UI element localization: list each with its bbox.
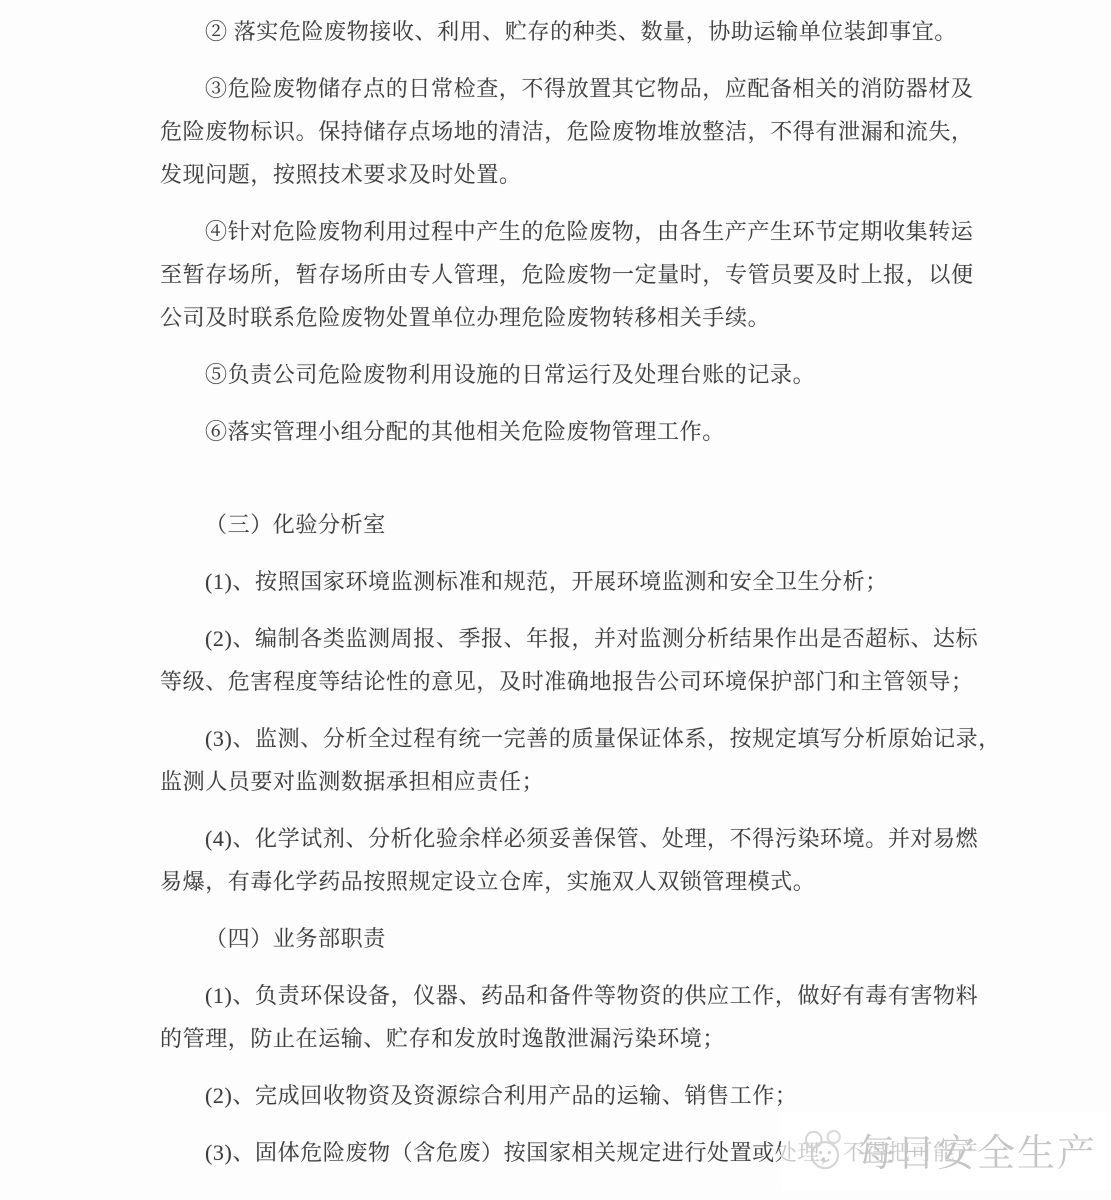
text-line: ② 落实危险废物接收、利用、贮存的种类、数量，协助运输单位装卸事宜。	[160, 10, 1001, 53]
text-line: (1)、按照国家环境监测标准和规范，开展环境监测和安全卫生分析；	[160, 560, 1001, 603]
text-line: 易爆，有毒化学药品按照规定设立仓库，实施双人双锁管理模式。	[160, 860, 1001, 903]
text-line: （四）业务部职责	[160, 917, 1001, 960]
para-item-6: ⑥落实管理小组分配的其他相关危险废物管理工作。	[160, 410, 1001, 453]
text-line: ⑥落实管理小组分配的其他相关危险废物管理工作。	[160, 410, 1001, 453]
text-line: 至暂存场所，暂存场所由专人管理，危险废物一定量时，专管员要及时上报，以便	[160, 253, 1001, 296]
text-line: (3)、监测、分析全过程有统一完善的质量保证体系，按规定填写分析原始记录，	[160, 717, 1001, 760]
para-3-4: (4)、化学试剂、分析化验余样必须妥善保管、处理，不得污染环境。并对易燃易爆，有…	[160, 817, 1001, 903]
text-line: (1)、负责环保设备，仪器、药品和备件等物资的供应工作，做好有毒有害物料	[160, 974, 1001, 1017]
para-3-1: (1)、按照国家环境监测标准和规范，开展环境监测和安全卫生分析；	[160, 560, 1001, 603]
text-line: 公司及时联系危险废物处置单位办理危险废物转移相关手续。	[160, 296, 1001, 339]
text-line: 等级、危害程度等结论性的意见，及时准确地报告公司环境保护部门和主管领导；	[160, 660, 1001, 703]
text-line: 危险废物标识。保持储存点场地的清洁，危险废物堆放整洁，不得有泄漏和流失，	[160, 110, 1001, 153]
heading-section-4: （四）业务部职责	[160, 917, 1001, 960]
text-line: 发现问题，按照技术要求及时处置。	[160, 153, 1001, 196]
watermark: 每日安全生产	[781, 1112, 1111, 1191]
text-line: 监测人员要对监测数据承担相应责任；	[160, 760, 1001, 803]
para-3-3: (3)、监测、分析全过程有统一完善的质量保证体系，按规定填写分析原始记录，监测人…	[160, 717, 1001, 803]
para-item-5: ⑤负责公司危险废物利用设施的日常运行及处理台账的记录。	[160, 353, 1001, 396]
document-body: ② 落实危险废物接收、利用、贮存的种类、数量，协助运输单位装卸事宜。③危险废物储…	[0, 0, 1111, 1174]
para-3-2: (2)、编制各类监测周报、季报、年报，并对监测分析结果作出是否超标、达标等级、危…	[160, 617, 1001, 703]
text-line: ⑤负责公司危险废物利用设施的日常运行及处理台账的记录。	[160, 353, 1001, 396]
heading-section-3: （三）化验分析室	[160, 503, 1001, 546]
para-item-4: ④针对危险废物利用过程中产生的危险废物，由各生产产生环节定期收集转运至暂存场所，…	[160, 210, 1001, 339]
text-line: （三）化验分析室	[160, 503, 1001, 546]
text-line: ③危险废物储存点的日常检查，不得放置其它物品，应配备相关的消防器材及	[160, 67, 1001, 110]
para-4-2: (2)、完成回收物资及资源综合利用产品的运输、销售工作；	[160, 1074, 1001, 1117]
text-line: (2)、完成回收物资及资源综合利用产品的运输、销售工作；	[160, 1074, 1001, 1117]
para-4-1: (1)、负责环保设备，仪器、药品和备件等物资的供应工作，做好有毒有害物料的管理，…	[160, 974, 1001, 1060]
text-line: (2)、编制各类监测周报、季报、年报，并对监测分析结果作出是否超标、达标	[160, 617, 1001, 660]
para-item-3: ③危险废物储存点的日常检查，不得放置其它物品，应配备相关的消防器材及危险废物标识…	[160, 67, 1001, 196]
para-item-2: ② 落实危险废物接收、利用、贮存的种类、数量，协助运输单位装卸事宜。	[160, 10, 1001, 53]
document-page: ② 落实危险废物接收、利用、贮存的种类、数量，协助运输单位装卸事宜。③危险废物储…	[0, 0, 1111, 1200]
watermark-label: 每日安全生产	[857, 1122, 1097, 1177]
mascot-icon	[799, 1124, 851, 1176]
text-line: (4)、化学试剂、分析化验余样必须妥善保管、处理，不得污染环境。并对易燃	[160, 817, 1001, 860]
text-line: ④针对危险废物利用过程中产生的危险废物，由各生产产生环节定期收集转运	[160, 210, 1001, 253]
text-line: 的管理，防止在运输、贮存和发放时逸散泄漏污染环境；	[160, 1017, 1001, 1060]
